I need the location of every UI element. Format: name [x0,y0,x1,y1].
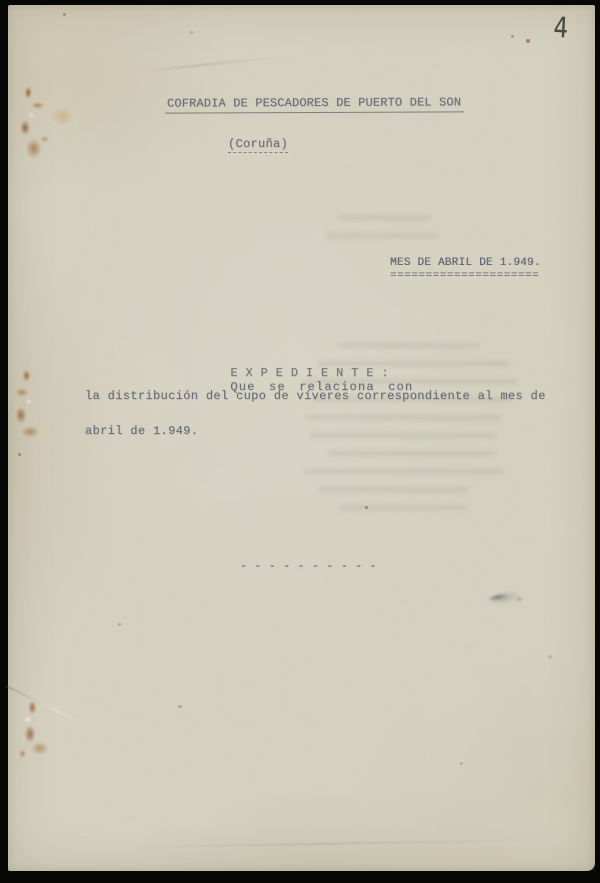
bleed-through-text [328,451,496,456]
expediente-label: E X P E D I E N T E : [230,366,389,380]
date-heading-underline: ===================== [390,270,541,282]
paper-crease [138,55,287,72]
foxing-dot [118,623,121,626]
handwritten-page-number: 4 [553,11,569,45]
foxing-dot [178,705,182,708]
scanned-document: 4 COFRADIA DE PESCADORES DE PUERTO DEL S… [0,0,600,883]
pencil-smudge [477,582,532,612]
paper-crease [108,839,528,848]
foxing-dot [190,31,193,34]
bleed-through-text [338,343,480,348]
foxing-dot [460,762,463,765]
expediente-line-3: abril de 1.949. [85,424,198,438]
foxing-dot [526,39,530,43]
document-subtitle: (Coruña) [228,137,288,153]
bleed-through-text [338,505,466,510]
document-title: COFRADIA DE PESCADORES DE PUERTO DEL SON [165,95,464,113]
rust-stain-middle-left [8,365,54,441]
paper-grain-texture [8,5,595,871]
bleed-through-text [338,215,430,220]
rust-stain-bottom-left [8,697,66,763]
bleed-through-text [303,469,503,474]
bleed-through-text [305,415,501,420]
rust-stain-top-left [8,83,86,163]
date-heading-block: MES DE ABRIL DE 1.949. =================… [390,257,541,282]
foxing-dot [511,35,514,38]
dashed-separator: - - - - - - - - - - [240,561,377,573]
expediente-line-2: la distribución del cupo de víveres corr… [85,389,546,403]
paper-crease [6,685,88,726]
bleed-through-text [326,233,438,238]
foxing-dot [548,655,552,659]
foxing-dot [18,453,21,456]
date-heading: MES DE ABRIL DE 1.949. [390,257,541,269]
document-page: 4 COFRADIA DE PESCADORES DE PUERTO DEL S… [8,5,595,871]
foxing-dot [365,506,368,509]
bleed-through-text [310,433,496,438]
bleed-through-text [318,487,468,492]
foxing-dot [63,13,66,16]
